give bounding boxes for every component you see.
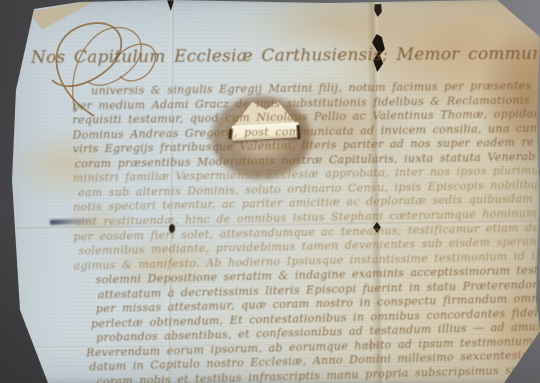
manuscript-heading-line: Nos Capitulum Ecclesiæ Carthusiensis; Me… xyxy=(31,44,537,68)
manuscript-photo: Nos Capitulum Ecclesiæ Carthusiensis; Me… xyxy=(0,0,540,383)
manuscript-paper: Nos Capitulum Ecclesiæ Carthusiensis; Me… xyxy=(0,0,540,383)
manuscript-text: Nos Capitulum Ecclesiæ Carthusiensis; Me… xyxy=(0,0,540,383)
